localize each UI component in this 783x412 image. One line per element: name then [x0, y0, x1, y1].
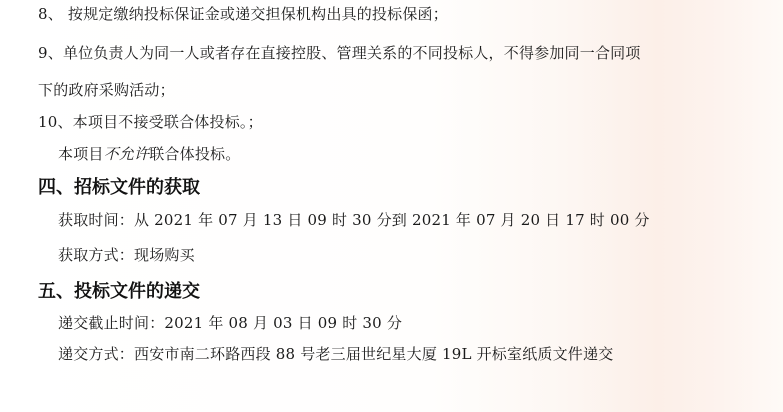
consortium-suffix: 联合体投标。: [149, 145, 240, 163]
requirement-item-9-continued: 下的政府采购活动；: [38, 80, 175, 100]
acquisition-time: 获取时间：从 2021 年 07 月 13 日 09 时 30 分到 2021 …: [58, 210, 650, 230]
consortium-emphasis: 不允许: [104, 145, 150, 163]
acquisition-method: 获取方式：现场购买: [58, 245, 195, 265]
requirement-item-9: 9、单位负责人为同一人或者存在直接控股、管理关系的不同投标人，不得参加同一合同项: [38, 43, 641, 63]
submission-deadline: 递交截止时间：2021 年 08 月 03 日 09 时 30 分: [58, 313, 402, 333]
section-4-heading: 四、招标文件的获取: [38, 177, 200, 199]
consortium-prefix: 本项目: [58, 145, 104, 163]
consortium-statement: 本项目不允许联合体投标。: [58, 144, 240, 164]
section-5-heading: 五、投标文件的递交: [38, 281, 200, 303]
requirement-item-10: 10、本项目不接受联合体投标。；: [38, 112, 263, 132]
requirement-item-8: 8、 按规定缴纳投标保证金或递交担保机构出具的投标保函；: [38, 4, 448, 24]
submission-method: 递交方式：西安市南二环路西段 88 号老三届世纪星大厦 19L 开标室纸质文件递…: [58, 344, 613, 364]
